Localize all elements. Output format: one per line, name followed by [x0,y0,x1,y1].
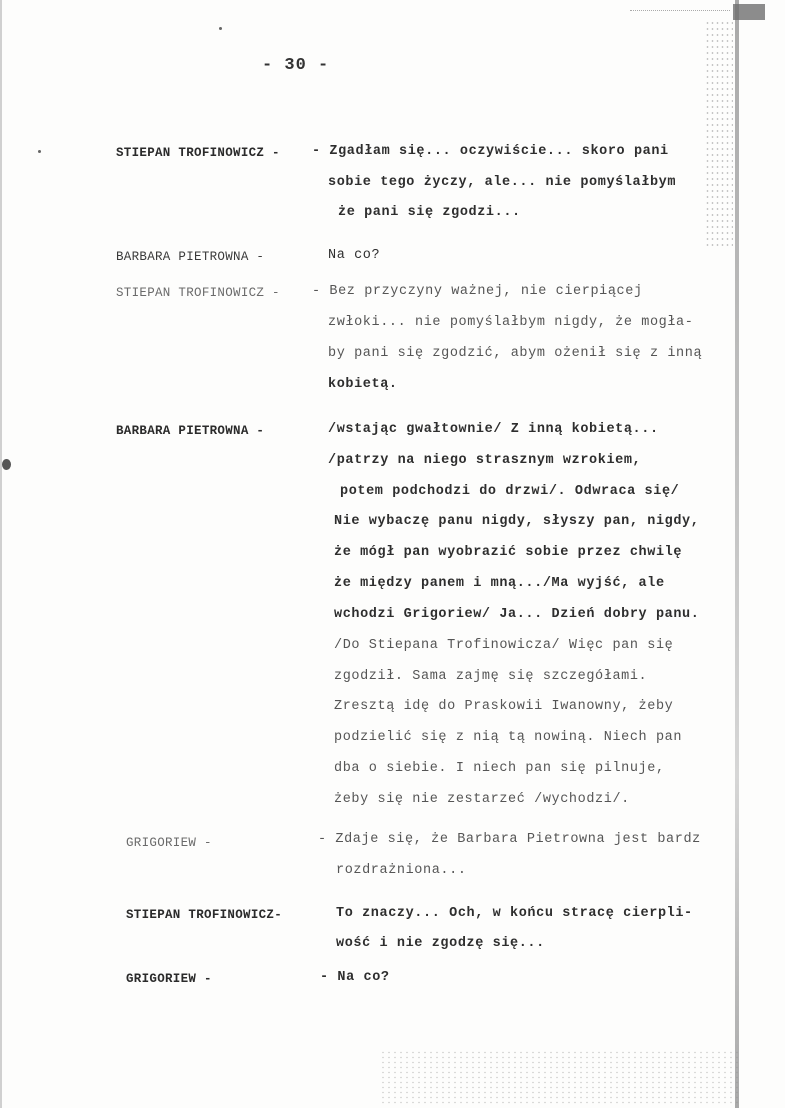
scan-corner-tab [733,4,765,20]
speaker-label: BARBARA PIETROWNA - [116,424,264,438]
dialogue-line: że pani się zgodzi... [338,205,521,220]
dialogue-line: /wstając gwałtownie/ Z inną kobietą... [328,422,659,437]
speaker-label: BARBARA PIETROWNA - [116,250,264,264]
dialogue-line: rozdrażniona... [336,863,467,878]
dialogue-line: wchodzi Grigoriew/ Ja... Dzień dobry pan… [334,607,699,622]
dialogue-line: Nie wybaczę panu nigdy, słyszy pan, nigd… [334,514,699,529]
typewritten-page: - 30 - STIEPAN TROFINOWICZ - - Zgadłam s… [0,0,785,1108]
dialogue-line: zgodził. Sama zajmę się szczegółami. [334,669,647,684]
speaker-label: GRIGORIEW - [126,836,212,850]
speaker-label: STIEPAN TROFINOWICZ - [116,146,280,160]
dialogue-line: kobietą. [328,377,398,392]
scan-speck [219,27,222,30]
dialogue-line: - Na co? [320,970,390,985]
dialogue-line: Zresztą idę do Praskowii Iwanowny, żeby [334,699,673,714]
dialogue-line: zwłoki... nie pomyślałbym nigdy, że mogł… [328,315,693,330]
dialogue-line: wość i nie zgodzę się... [336,936,545,951]
scan-noise-bottom [380,1050,740,1105]
scan-speck [38,150,41,153]
dialogue-line: że między panem i mną.../Ma wyjść, ale [334,576,665,591]
scan-left-edge [0,0,2,1108]
scan-top-speckle [630,10,730,14]
speaker-label: STIEPAN TROFINOWICZ - [116,286,280,300]
dialogue-line: dba o siebie. I niech pan się pilnuje, [334,761,665,776]
dialogue-line: by pani się zgodzić, abym ożenił się z i… [328,346,702,361]
dialogue-line: To znaczy... Och, w końcu stracę cierpli… [336,906,693,921]
speaker-label: GRIGORIEW - [126,972,212,986]
speaker-label: STIEPAN TROFINOWICZ- [126,908,282,922]
scan-noise-right [705,20,733,250]
scan-hole-punch-mark [2,459,11,470]
dialogue-line: że mógł pan wyobrazić sobie przez chwilę [334,545,682,560]
dialogue-line: żeby się nie zestarzeć /wychodzi/. [334,792,630,807]
dialogue-line: Na co? [328,248,380,263]
dialogue-line: /Do Stiepana Trofinowicza/ Więc pan się [334,638,673,653]
dialogue-line: - Zgadłam się... oczywiście... skoro pan… [312,144,669,159]
dialogue-line: - Bez przyczyny ważnej, nie cierpiącej [312,284,643,299]
dialogue-line: sobie tego życzy, ale... nie pomyślałbym [328,175,676,190]
dialogue-line: - Zdaje się, że Barbara Pietrowna jest b… [318,832,701,847]
scan-right-edge [735,0,739,1108]
dialogue-line: potem podchodzi do drzwi/. Odwraca się/ [340,484,679,499]
dialogue-line: /patrzy na niego strasznym wzrokiem, [328,453,641,468]
page-number: - 30 - [262,56,329,75]
dialogue-line: podzielić się z nią tą nowiną. Niech pan [334,730,682,745]
